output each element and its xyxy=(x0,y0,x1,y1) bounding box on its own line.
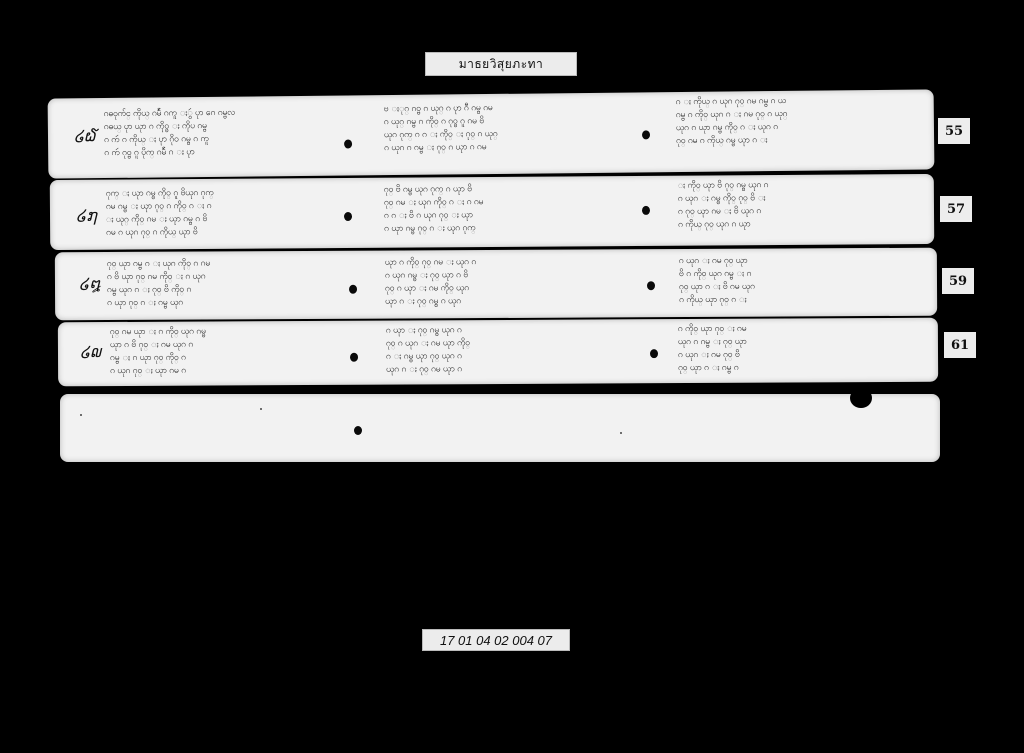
text-column-left: ဂုက္ ႏ ယုာ ဂမ္ဗ ကိုဝ္ ဂူ ဗိယုဂ ဂုက္ဂမ ဂမ… xyxy=(106,186,336,240)
leaf-numeral: ໒໙ xyxy=(80,342,101,361)
string-hole xyxy=(344,212,352,221)
string-hole xyxy=(650,349,658,358)
text-column-right: ႏ ကိုဝ္ ယုာ ဗိ ဂုဝ္ ဂမ္ဗ ယုဂ ဂဂ ယုဂ ႏ ဂမ… xyxy=(678,178,918,232)
text-column-middle: ဂ ယုာ ႏ ဂုဝ္ ဂမ္ဗ ယုဂ ဂဂုဝ္ ဂ ယုဂ ႏ ဂမ ယ… xyxy=(386,323,621,376)
text-column-middle: ယုာ ဂ ကိုဝ္ ဂုဝ္ ဂမ ႏ ယုဂ ဂဂ ယုဂ ဂမ္ဗ ႏ … xyxy=(385,255,620,308)
page-number-tag: 55 xyxy=(938,118,970,144)
text-column-middle: ဗ ႏုဂ္ ဂဝ္ဗ ဂ ယုဂ္ ဂ ပုာ ဂီ ဂမ္ဗ ဂမဂ ယုဂ… xyxy=(384,101,620,155)
text-column-left: ဂဓဝုက်င္ ကိုယ္ ဂမႅဴ ဂကူ ႏွဴ ပုာ ဂေ ဂမ္ဗလ… xyxy=(104,106,335,160)
text-column-left: ဂုဝ္ ယုာ ဂမ္ဗ ဂ ႏ ယုဂ ကိုဝ္ ဂ ဂမဂ ဗိ ယုာ… xyxy=(107,257,337,310)
text-column-right: ဂ ႏ ကိုယ္ ဂ ယုဂ ဂုဝ္ ဂမ ဂမ္ဗ ဂ ယဂမ္ဗ ဂ က… xyxy=(676,94,917,149)
page-number-tag: 57 xyxy=(940,196,972,222)
leaf-speck xyxy=(620,432,622,434)
text-column-right: ဂ ယုဂ ႏ ဂမ ဂုဝ္ ယုာဗိ ဂ ကိုဝ္ ယုဂ ဂမ္ဗ ႏ… xyxy=(679,254,919,307)
leaf-speck xyxy=(260,408,262,410)
leaf-notch xyxy=(850,394,872,408)
string-hole xyxy=(344,139,352,148)
leaf-numeral: ໒໘ xyxy=(79,274,100,293)
text-column-right: ဂ ကိုဝ္ ယုာ ဂုဝ္ ႏ ဂမယုဂ ဂ ဂမ္ဗ ႏ ဂုဝ္ ယ… xyxy=(678,322,918,375)
manuscript-leaf-2: ໒໗ ဂုက္ ႏ ယုာ ဂမ္ဗ ကိုဝ္ ဂူ ဗိယုဂ ဂုက္ဂမ… xyxy=(50,174,934,250)
string-hole xyxy=(642,130,650,139)
string-hole xyxy=(354,426,362,435)
page-number-tag: 61 xyxy=(944,332,976,358)
text-column-left: ဂုဝ္ ဂမ ယုာ ႏ ဂ ကိုဝ္ ယုဂ ဂမ္ဗယုာ ဂ ဗိ ဂ… xyxy=(110,325,340,378)
string-hole xyxy=(349,285,357,294)
string-hole xyxy=(642,206,650,215)
title-label: มาธยวิสุยภะทา xyxy=(425,52,577,76)
page-number-tag: 59 xyxy=(942,268,974,294)
string-hole xyxy=(350,353,358,362)
archive-id-label: 17 01 04 02 004 07 xyxy=(422,629,570,651)
manuscript-leaf-4: ໒໙ ဂုဝ္ ဂမ ယုာ ႏ ဂ ကိုဝ္ ယုဂ ဂမ္ဗယုာ ဂ ဗ… xyxy=(58,318,938,387)
leaf-numeral: ໒໗ xyxy=(76,206,97,225)
manuscript-leaf-1: ໒໖ ဂဓဝုက်င္ ကိုယ္ ဂမႅဴ ဂကူ ႏွဴ ပုာ ဂေ ဂမ… xyxy=(48,89,935,178)
manuscript-leaf-3: ໒໘ ဂုဝ္ ယုာ ဂမ္ဗ ဂ ႏ ယုဂ ကိုဝ္ ဂ ဂမဂ ဗိ … xyxy=(55,248,937,321)
manuscript-leaf-5-blank xyxy=(60,394,940,462)
leaf-speck xyxy=(80,414,82,416)
text-column-middle: ဂုဝ္ ဗိ ဂမ္ဗ ယုဂ ဂုက္ ဂ ယုာ ဗိဂုဝ္ ဂမ ႏ … xyxy=(384,182,619,236)
string-hole xyxy=(647,281,655,290)
leaf-numeral: ໒໖ xyxy=(74,126,96,145)
